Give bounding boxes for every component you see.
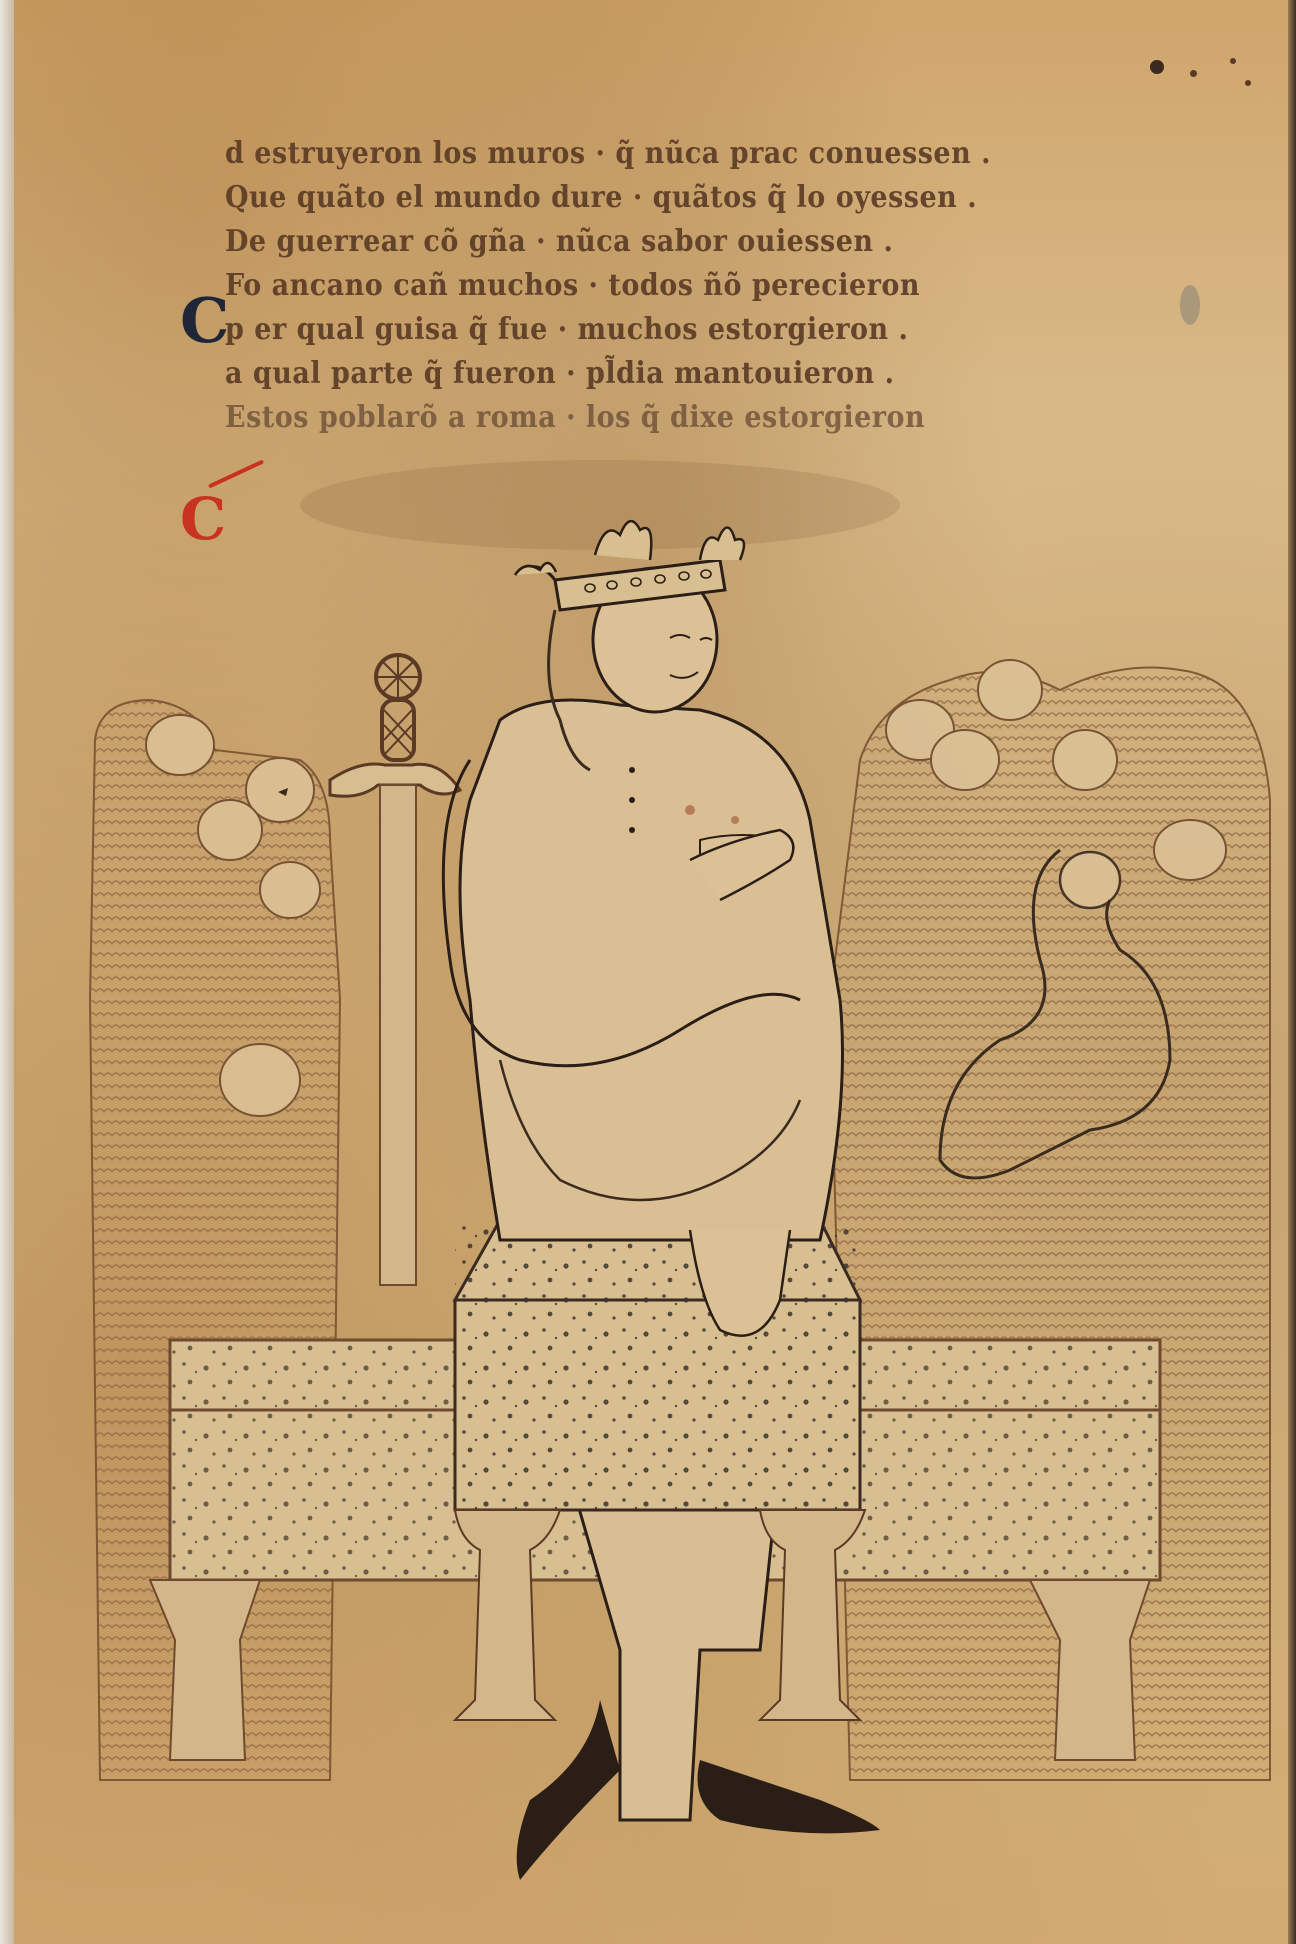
manuscript-page: C C d estruyeron los muros · q̃ nũca pra… [0, 0, 1296, 1944]
illustration [0, 0, 1296, 1944]
king-body [443, 700, 842, 1336]
sword [330, 655, 460, 1285]
